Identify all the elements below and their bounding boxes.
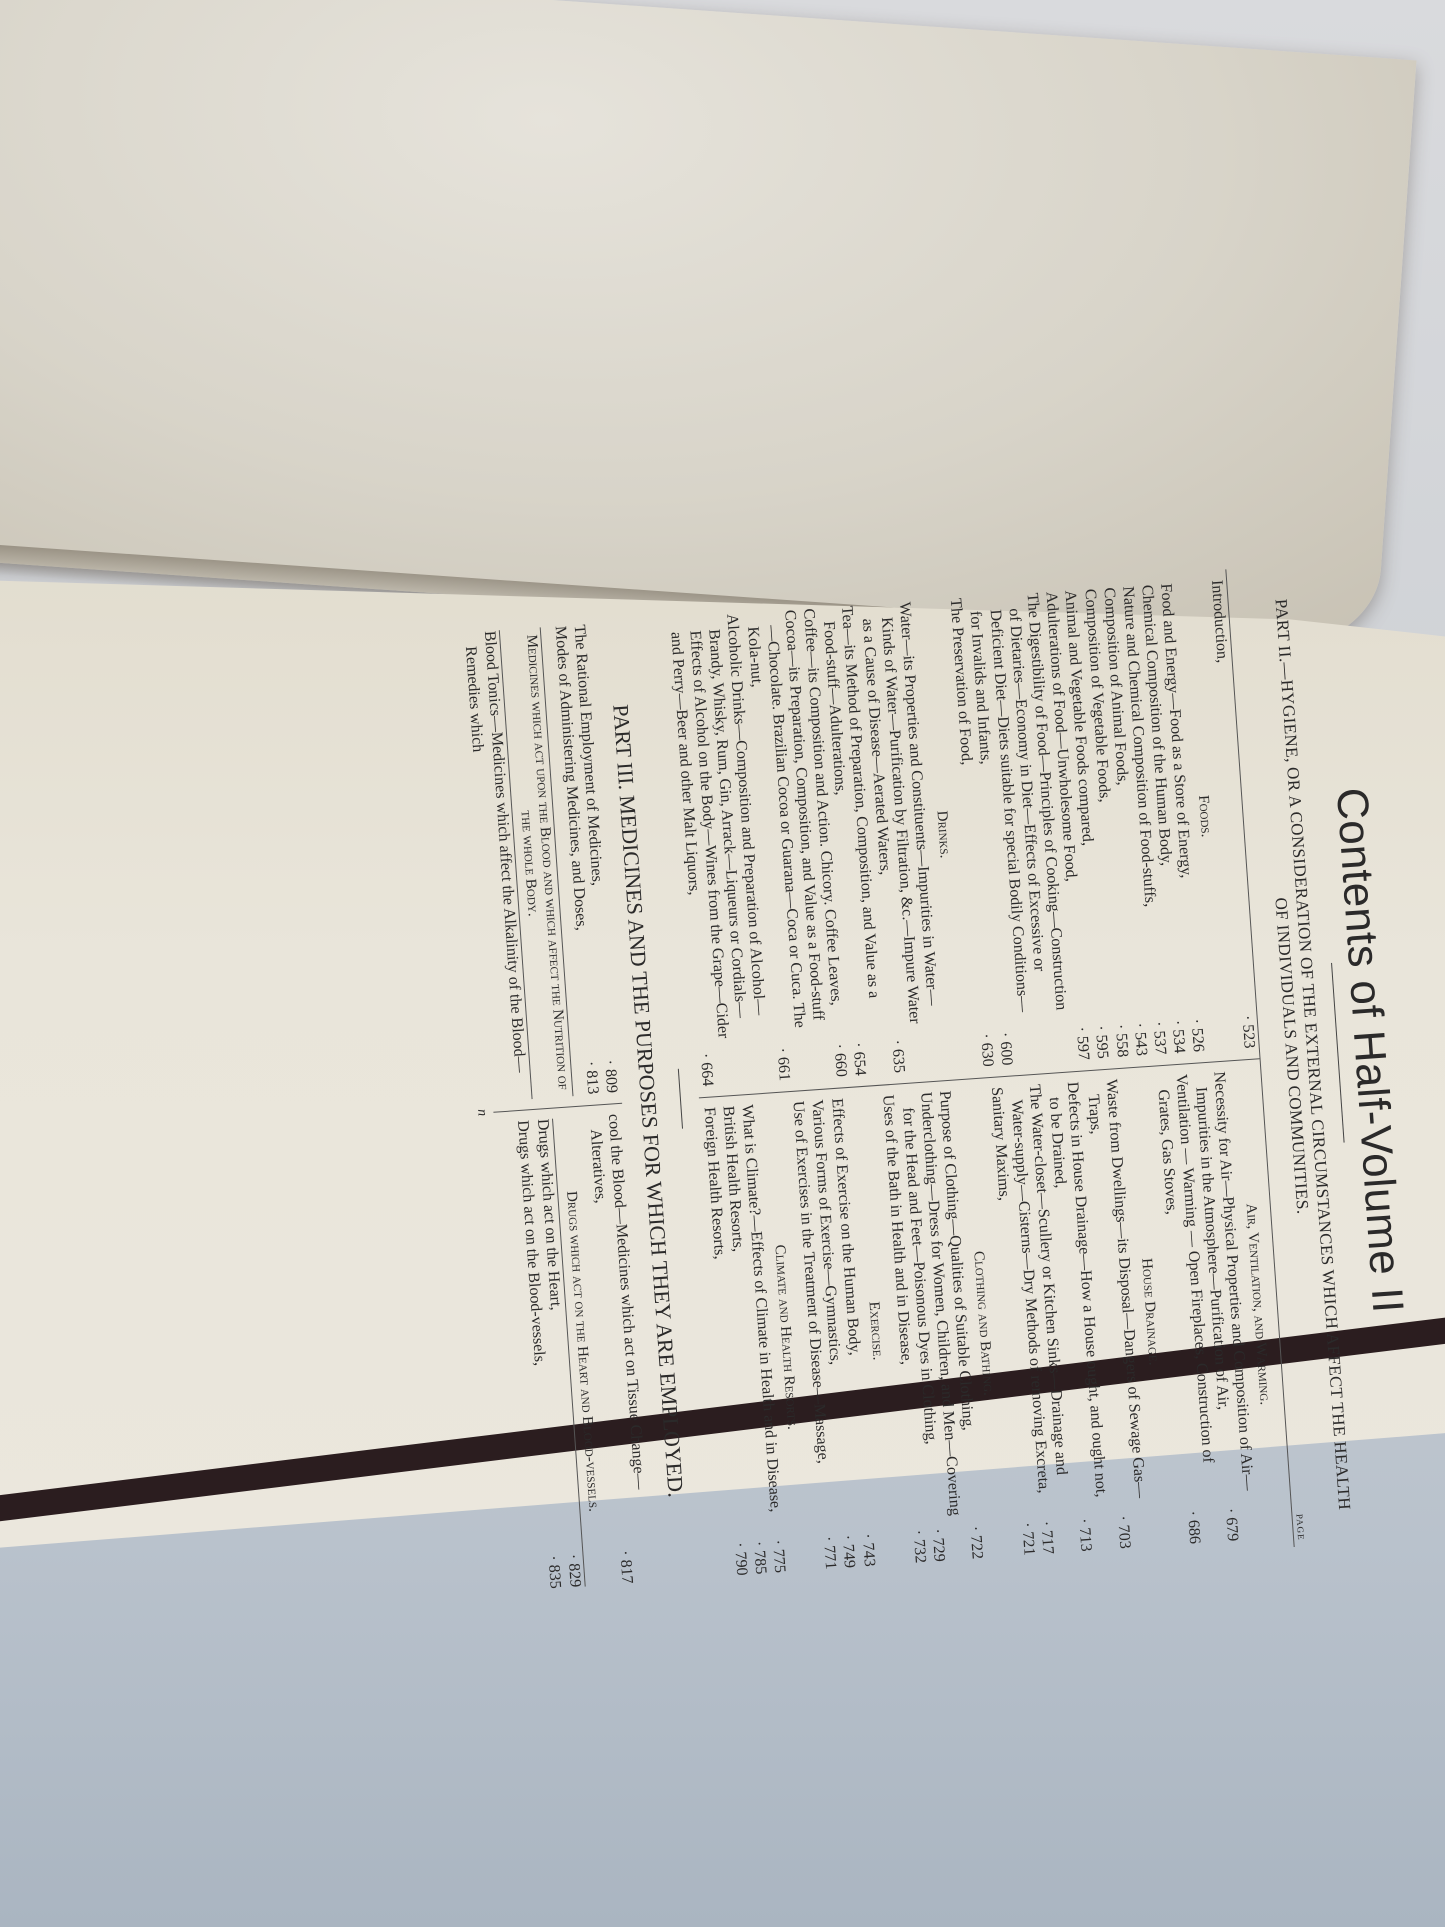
section-separator xyxy=(677,1069,682,1129)
part-2-columns: Introduction,523 Foods. Food and Energy—… xyxy=(664,569,1295,1586)
table-of-contents: Contents of Half-Volume II PART II.—HYGI… xyxy=(323,560,1429,1610)
right-column: Air, Ventilation, and Warming. Necessity… xyxy=(698,1058,1294,1587)
left-column: Introduction,523 Foods. Food and Energy—… xyxy=(664,569,1260,1097)
